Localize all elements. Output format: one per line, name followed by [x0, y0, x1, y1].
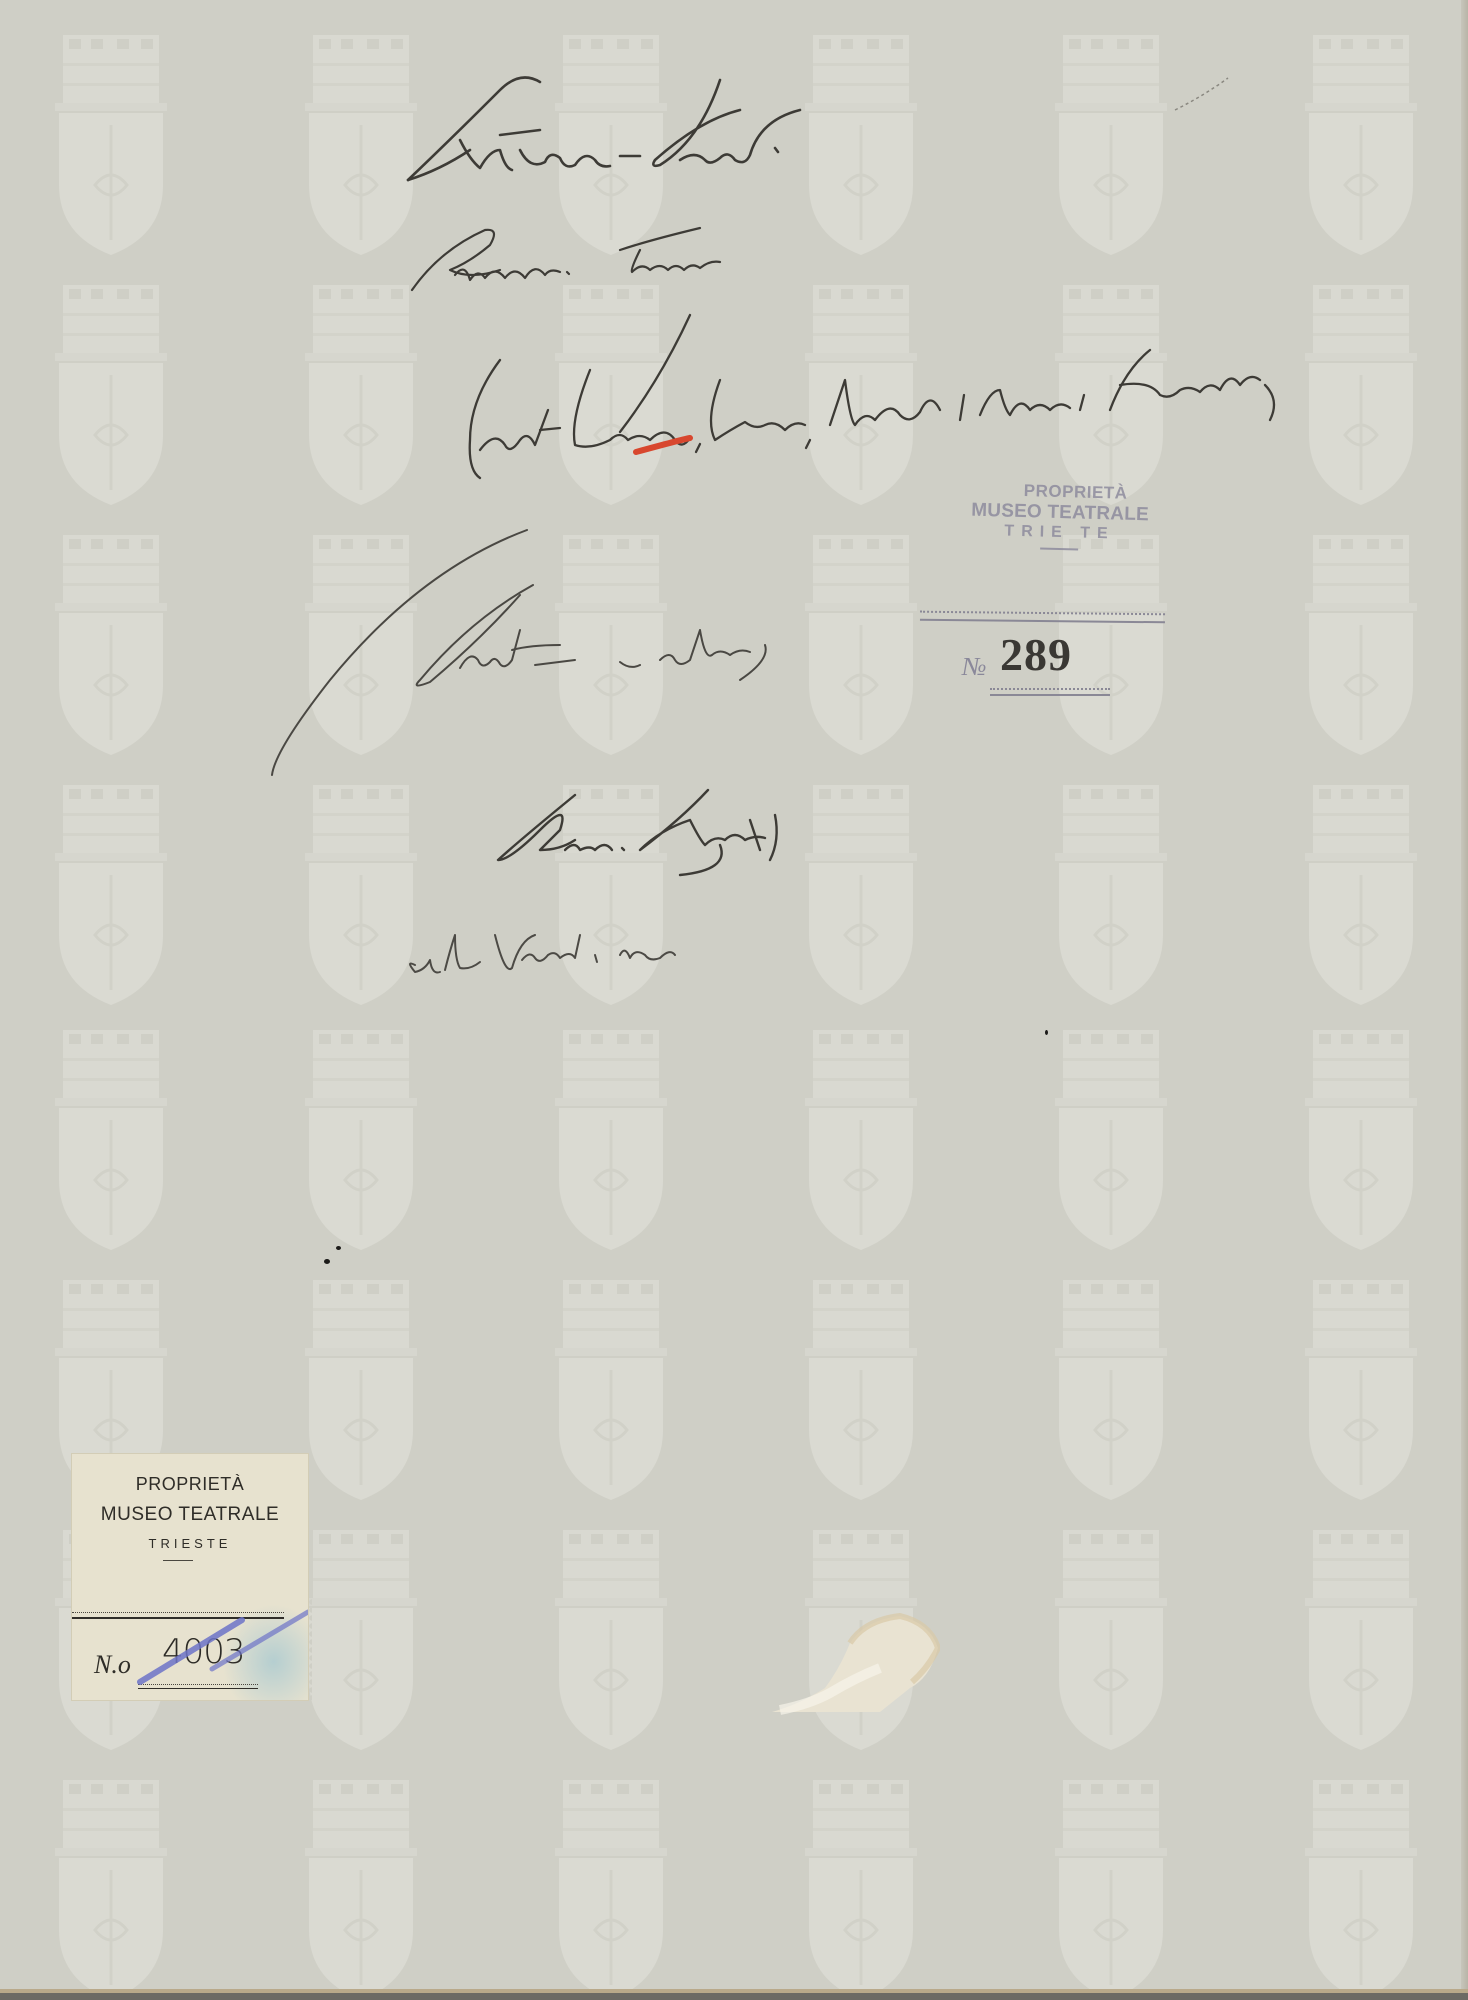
handwriting-source-note — [498, 790, 777, 875]
handwriting-venue — [272, 530, 766, 775]
dotted-rule-top — [920, 611, 1165, 624]
archival-card: PROPRIETÀ MUSEO TEATRALE TRIE TE № 289 P… — [0, 0, 1468, 1993]
ink-speck — [324, 1259, 330, 1264]
handwriting-repertoire — [470, 315, 1274, 478]
ink-speck — [1045, 1030, 1048, 1035]
numero-sign: № — [962, 652, 987, 682]
catalog-number-field: № 289 — [920, 612, 1170, 702]
museum-property-label: PROPRIETÀ MUSEO TEATRALE TRIESTE N.o 400… — [72, 1454, 308, 1700]
handwriting-role — [412, 228, 720, 290]
handwriting-name — [408, 78, 800, 181]
ink-speck — [336, 1246, 341, 1250]
paper-tear-damage — [770, 1608, 940, 1718]
paper-edge-right — [1461, 0, 1468, 1993]
pencil-mark — [1175, 78, 1228, 110]
paper-edge-bottom — [0, 1989, 1468, 1993]
museum-ink-stamp: PROPRIETÀ MUSEO TEATRALE TRIE TE — [929, 479, 1191, 554]
handwriting-verdi-note — [410, 935, 675, 973]
catalog-number: 289 — [1000, 628, 1072, 681]
blue-strike-through-icon — [72, 1454, 308, 1700]
dotted-rule-bottom — [990, 688, 1110, 696]
